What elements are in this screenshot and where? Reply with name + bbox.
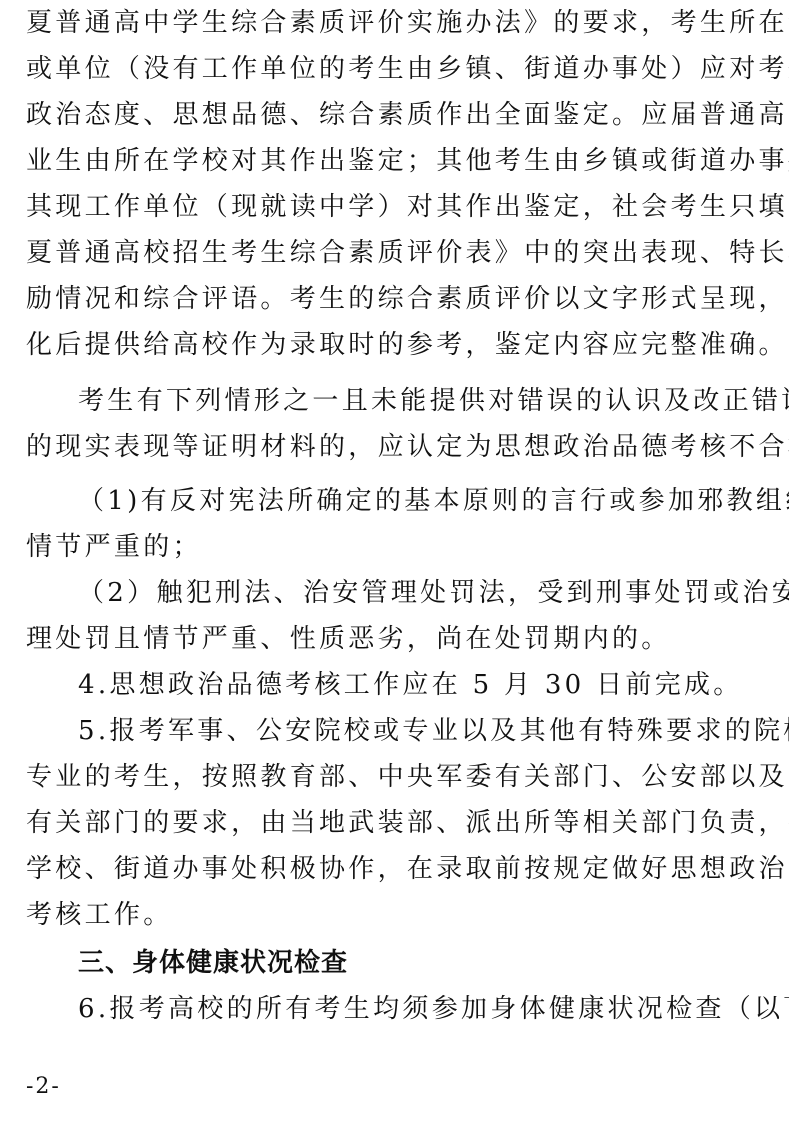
item-6: 6.报考高校的所有考生均须参加身体健康状况检查（以下简 bbox=[78, 986, 764, 1032]
section-heading: 三、身体健康状况检查 bbox=[78, 940, 348, 986]
text-line: 有关部门的要求，由当地武装部、派出所等相关部门负责，有关 bbox=[26, 800, 764, 846]
text-line: 励情况和综合评语。考生的综合素质评价以文字形式呈现，电子 bbox=[26, 276, 764, 322]
text-line: 考生有下列情形之一且未能提供对错误的认识及改正错误 bbox=[78, 378, 764, 424]
text-line: 政治态度、思想品德、综合素质作出全面鉴定。应届普通高中毕 bbox=[26, 92, 764, 138]
list-item-1: （1)有反对宪法所确定的基本原则的言行或参加邪教组织， bbox=[78, 478, 764, 524]
text-line: 夏普通高中学生综合素质评价实施办法》的要求，考生所在学校 bbox=[26, 0, 764, 46]
text-line: 或单位（没有工作单位的考生由乡镇、街道办事处）应对考生的 bbox=[26, 46, 764, 92]
text-line: 其现工作单位（现就读中学）对其作出鉴定，社会考生只填写《宁 bbox=[26, 184, 764, 230]
text-line: 的现实表现等证明材料的，应认定为思想政治品德考核不合格： bbox=[26, 424, 764, 470]
text-line: 学校、街道办事处积极协作，在录取前按规定做好思想政治品德 bbox=[26, 846, 764, 892]
page-number: -2- bbox=[26, 1072, 61, 1102]
text-line: 考核工作。 bbox=[26, 892, 764, 938]
text-line: 理处罚且情节严重、性质恶劣，尚在处罚期内的。 bbox=[26, 616, 764, 662]
text-line: 夏普通高校招生考生综合素质评价表》中的突出表现、特长、奖 bbox=[26, 230, 764, 276]
text-line: 情节严重的； bbox=[26, 524, 764, 570]
text-line: 业生由所在学校对其作出鉴定；其他考生由乡镇或街道办事处或 bbox=[26, 138, 764, 184]
item-4: 4.思想政治品德考核工作应在 5 月 30 日前完成。 bbox=[78, 662, 764, 708]
list-item-2: （2）触犯刑法、治安管理处罚法，受到刑事处罚或治安管 bbox=[78, 570, 764, 616]
text-line: 化后提供给高校作为录取时的参考，鉴定内容应完整准确。 bbox=[26, 322, 764, 368]
document-page: 夏普通高中学生综合素质评价实施办法》的要求，考生所在学校 或单位（没有工作单位的… bbox=[0, 0, 789, 1133]
text-line: 专业的考生，按照教育部、中央军委有关部门、公安部以及国家 bbox=[26, 754, 764, 800]
item-5: 5.报考军事、公安院校或专业以及其他有特殊要求的院校或 bbox=[78, 708, 764, 754]
